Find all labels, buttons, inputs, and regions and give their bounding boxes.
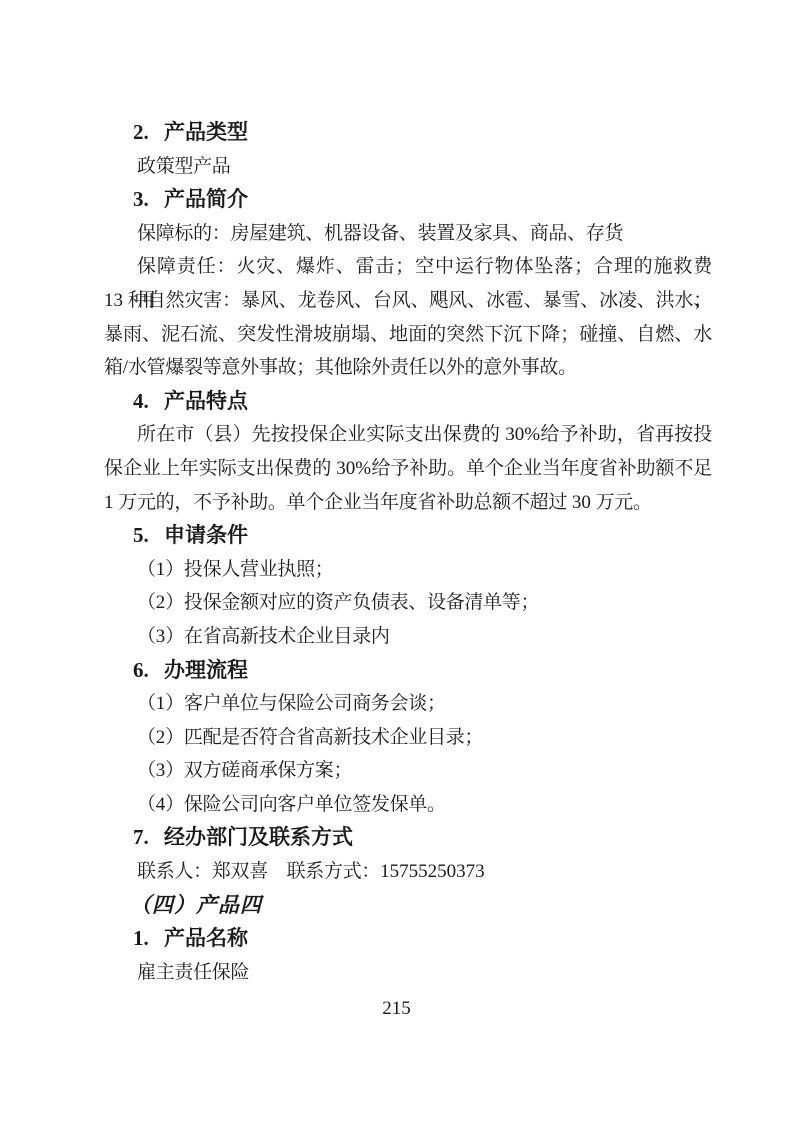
section-title: 申请条件	[164, 524, 248, 547]
text-line: 保障责任：火灾、爆炸、雷击；空中运行物体坠落；合理的施救费用；	[104, 250, 712, 284]
section-heading: 4.产品特点	[104, 385, 712, 419]
section-heading: 5.申请条件	[104, 519, 712, 553]
section-title: 产品简介	[164, 188, 248, 211]
section-title: 产品名称	[164, 927, 248, 950]
text-line: 联系人：郑双喜 联系方式：15755250373	[104, 855, 712, 889]
text-line: 箱/水管爆裂等意外事故；其他除外责任以外的意外事故。	[104, 351, 712, 385]
latin-text: 30	[567, 492, 596, 513]
latin-text: 1	[104, 492, 118, 513]
section-number: 2.	[133, 116, 164, 150]
latin-text: 2	[156, 727, 166, 748]
latin-text: 30%	[331, 458, 371, 479]
page-number: 215	[0, 998, 793, 1020]
section-heading: 6.办理流程	[104, 654, 712, 688]
section-number: 4.	[133, 385, 164, 419]
section-number: 1.	[133, 922, 164, 956]
latin-text: 4	[156, 794, 166, 815]
document-body: 2.产品类型政策型产品3.产品简介保障标的：房屋建筑、机器设备、装置及家具、商品…	[104, 116, 712, 989]
section-number: 3.	[133, 183, 164, 217]
latin-text: 3	[156, 760, 166, 781]
latin-text: 15755250373	[380, 861, 485, 882]
text-line: （1）客户单位与保险公司商务会谈；	[104, 687, 712, 721]
text-line: 1 万元的，不予补助。单个企业当年度省补助总额不超过 30 万元。	[104, 486, 712, 520]
text-line: （3）在省高新技术企业目录内	[104, 620, 712, 654]
section-title: 办理流程	[164, 659, 248, 682]
latin-text: 2	[156, 592, 166, 613]
text-line: 所在市（县）先按投保企业实际支出保费的 30%给予补助，省再按投	[104, 418, 712, 452]
section-heading: 3.产品简介	[104, 183, 712, 217]
section-heading: 2.产品类型	[104, 116, 712, 150]
text-line: 保企业上年实际支出保费的 30%给予补助。单个企业当年度省补助额不足	[104, 452, 712, 486]
latin-text: 13	[104, 290, 128, 311]
latin-text: 1	[156, 693, 166, 714]
section-heading: 1.产品名称	[104, 922, 712, 956]
text-line: （4）保险公司向客户单位签发保单。	[104, 788, 712, 822]
text-line: （1）投保人营业执照；	[104, 553, 712, 587]
text-line: 13 种自然灾害：暴风、龙卷风、台风、飓风、冰雹、暴雪、冰凌、洪水、	[104, 284, 712, 318]
subsection-heading: （四）产品四	[104, 889, 712, 923]
section-title: 产品类型	[164, 121, 248, 144]
text-line: 保障标的：房屋建筑、机器设备、装置及家具、商品、存货	[104, 217, 712, 251]
section-title: 产品特点	[164, 390, 248, 413]
latin-text: 1	[156, 559, 166, 580]
text-line: 暴雨、泥石流、突发性滑坡崩塌、地面的突然下沉下降；碰撞、自燃、水	[104, 318, 712, 352]
text-line: （2）投保金额对应的资产负债表、设备清单等；	[104, 586, 712, 620]
text-line: 雇主责任保险	[104, 956, 712, 990]
section-title: 经办部门及联系方式	[164, 826, 353, 849]
text-line: （3）双方磋商承保方案；	[104, 754, 712, 788]
section-number: 6.	[133, 654, 164, 688]
latin-text: 30%	[500, 424, 540, 445]
section-number: 5.	[133, 519, 164, 553]
document-page: 2.产品类型政策型产品3.产品简介保障标的：房屋建筑、机器设备、装置及家具、商品…	[0, 0, 793, 1122]
section-heading: 7.经办部门及联系方式	[104, 821, 712, 855]
text-line: （2）匹配是否符合省高新技术企业目录；	[104, 721, 712, 755]
section-number: 7.	[133, 821, 164, 855]
latin-text: 3	[156, 626, 166, 647]
latin-text: /	[123, 357, 128, 378]
text-line: 政策型产品	[104, 150, 712, 184]
